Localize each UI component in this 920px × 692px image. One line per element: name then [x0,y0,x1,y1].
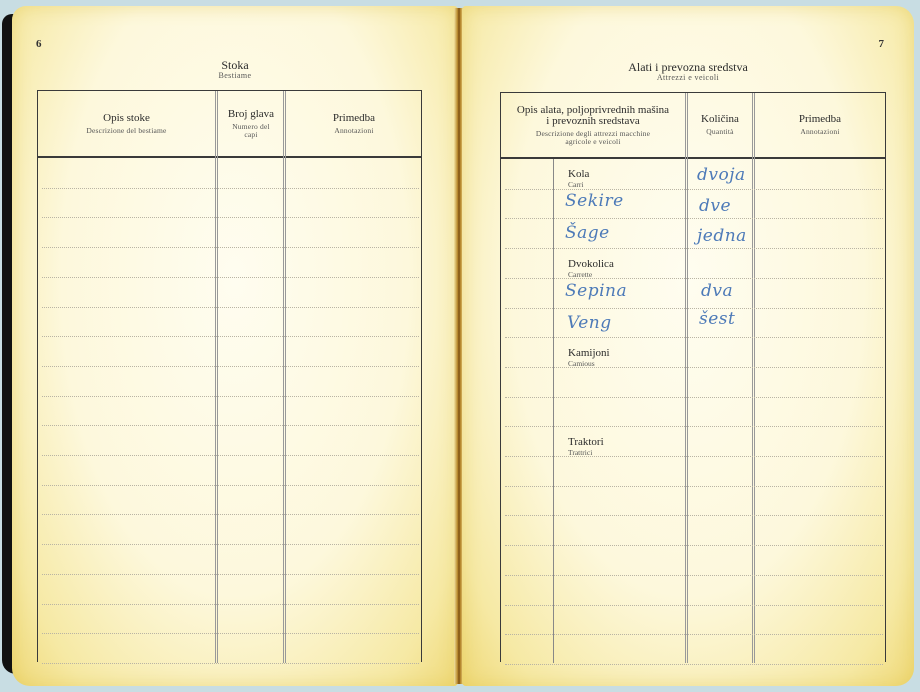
table-header: Opis alata, poljoprivrednih mašina i pre… [501,93,885,159]
table-row-line [42,217,419,218]
table-row-line [42,366,419,367]
table-row-line [505,664,883,665]
table-row-line [505,189,883,190]
table-row-line [505,486,883,487]
table-row-line [505,278,883,279]
column-divider [283,91,286,663]
table-row-line [42,544,419,545]
column-header-description: Opis alata, poljoprivrednih mašina i pre… [501,93,685,157]
handwritten-quantity: dva [701,281,733,301]
table-row-line [505,426,883,427]
table-row-line [505,575,883,576]
title-main: Alati i prevozna sredstva [462,61,914,74]
table-row-line [505,248,883,249]
table-row-line [42,188,419,189]
table-row-line [42,574,419,575]
table-row-line [505,367,883,368]
column-header-description: Opis stoke Descrizione del bestiame [38,91,215,156]
table-row-line [42,485,419,486]
livestock-table: Opis stoke Descrizione del bestiame Broj… [37,90,422,662]
table-row-line [505,337,883,338]
table-row-line [505,456,883,457]
handwritten-quantity: dvoja [697,165,746,185]
page-number: 7 [879,38,885,50]
open-ledger-spread: 6 Stoka Bestiame Opis stoke Descrizione … [0,0,920,692]
page-title: Stoka Bestiame [12,59,458,80]
table-row-line [42,663,419,664]
column-header-notes: Primedba Annotazioni [287,91,421,156]
table-row-line [42,277,419,278]
title-main: Stoka [12,59,458,72]
table-row-line [505,308,883,309]
handwritten-quantity: dve [699,196,731,216]
handwritten-item: Veng [567,313,612,333]
table-row-line [505,218,883,219]
table-row-line [42,514,419,515]
title-sub: Bestiame [12,72,458,80]
table-row-line [42,336,419,337]
title-sub: Attrezzi e veicoli [462,74,914,82]
handwritten-quantity: jedna [697,226,747,246]
table-row-line [42,425,419,426]
column-divider [215,91,218,663]
category-trucks: Kamijoni Camious [568,344,610,368]
table-row-line [42,455,419,456]
handwritten-quantity: šest [699,309,735,329]
table-row-line [42,633,419,634]
left-page: 6 Stoka Bestiame Opis stoke Descrizione … [12,6,458,686]
table-row-line [505,634,883,635]
table-row-line [42,604,419,605]
column-divider [752,93,755,663]
handwritten-item: Šage [565,223,610,243]
table-row-line [505,397,883,398]
table-header: Opis stoke Descrizione del bestiame Broj… [38,91,421,158]
column-header-head-count: Broj glava Numero del capi [218,91,284,156]
category-carts: Kola Carri [568,165,589,189]
table-row-line [505,515,883,516]
column-header-quantity: Količina Quantità [688,93,752,157]
table-row-line [42,396,419,397]
table-row-line [42,307,419,308]
right-page: 7 Alati i prevozna sredstva Attrezzi e v… [462,6,914,686]
category-tractors: Traktori Trattrici [568,433,604,457]
category-indent-divider [553,159,554,663]
category-two-wheeled-carts: Dvokolica Carrette [568,255,614,279]
tools-vehicles-table: Opis alata, poljoprivrednih mašina i pre… [500,92,886,662]
handwritten-item: Sekire [565,191,624,211]
table-row-line [505,545,883,546]
table-row-line [505,605,883,606]
page-number: 6 [36,38,42,50]
column-divider [685,93,688,663]
table-row-line [42,247,419,248]
column-header-notes: Primedba Annotazioni [755,93,885,157]
handwritten-item: Sepina [565,281,627,301]
page-title: Alati i prevozna sredstva Attrezzi e vei… [462,61,914,82]
